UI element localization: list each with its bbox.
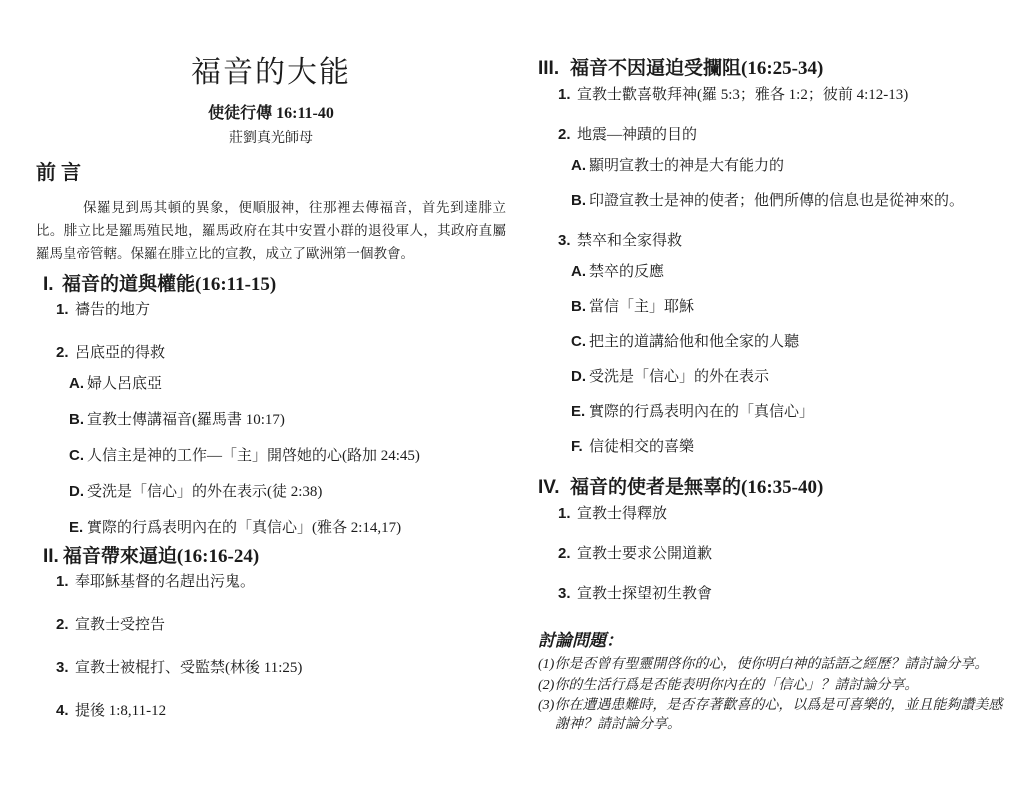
doc-title: 福音的大能 (36, 55, 506, 91)
title-block: 福音的大能 使徒行傳 16:11-40 莊劉真光師母 (36, 55, 506, 147)
discussion-block: 討論問題： (1)你是否曾有聖靈開啓你的心，使你明白神的話語之經歷？請討論分享。… (538, 631, 1014, 734)
section-heading: I.福音的道與權能(16:11-15) (36, 273, 506, 296)
item-text: 把主的道講給他和他全家的人聽 (589, 333, 1014, 351)
item-label: 2. (56, 616, 72, 634)
outline-item: 3.宣教士被棍打、受監禁(林後 11:25) (36, 659, 506, 677)
outline-item: 1.宣教士歡喜敬拜神(羅 5:3；雅各 1:2；彼前 4:12-13) (538, 86, 1014, 104)
section-numeral: II. (43, 545, 59, 568)
item-text: 宣教士被棍打、受監禁(林後 11:25) (75, 659, 506, 677)
section-heading: IV.福音的使者是無辜的(16:35-40) (538, 476, 1014, 499)
item-label: 1. (56, 573, 72, 591)
discussion-question: (3)你在遭遇患難時，是否存著歡喜的心，以爲是可喜樂的，並且能夠讚美感謝神？請討… (538, 697, 1014, 734)
item-label: E. (571, 403, 586, 421)
item-label: C. (69, 447, 84, 465)
section-gospel-unhindered: III.福音不因逼迫受攔阻(16:25-34) 1.宣教士歡喜敬拜神(羅 5:3… (538, 57, 1014, 456)
document-page: 福音的大能 使徒行傳 16:11-40 莊劉真光師母 前 言 保羅見到馬其頓的異… (0, 0, 1024, 791)
outline-subitem: D.受洗是「信心」的外在表示 (538, 368, 1014, 386)
item-label: E. (69, 519, 84, 537)
outline-item: 2.地震—神蹟的目的 (538, 126, 1014, 144)
item-text: 宣教士要求公開道歉 (577, 545, 1014, 563)
discussion-question: (2)你的生活行爲是否能表明你內在的「信心」？請討論分享。 (538, 677, 1014, 696)
item-text: 呂底亞的得救 (75, 344, 506, 362)
item-text: 禱告的地方 (75, 301, 506, 319)
section-title: 福音帶來逼迫(16:16-24) (63, 545, 506, 568)
item-text: 顯明宣教士的神是大有能力的 (589, 157, 1014, 175)
item-label: 2. (558, 545, 574, 563)
section-title: 福音不因逼迫受攔阻(16:25-34) (570, 57, 1014, 80)
item-text: 當信「主」耶穌 (589, 298, 1014, 316)
outline-subitem: E.實際的行爲表明內在的「真信心」 (538, 403, 1014, 421)
discussion-question: (1)你是否曾有聖靈開啓你的心，使你明白神的話語之經歷？請討論分享。 (538, 656, 1014, 675)
item-label: C. (571, 333, 586, 351)
discussion-heading: 討論問題： (538, 631, 1014, 651)
outline-subitem: A.婦人呂底亞 (36, 375, 506, 393)
item-label: F. (571, 438, 586, 456)
section-heading: II.福音帶來逼迫(16:16-24) (36, 545, 506, 568)
item-text: 禁卒的反應 (589, 263, 1014, 281)
item-label: 3. (56, 659, 72, 677)
item-label: 2. (56, 344, 72, 362)
outline-item: 1.禱告的地方 (36, 301, 506, 319)
item-label: B. (69, 411, 84, 429)
item-label: B. (571, 298, 586, 316)
section-numeral: IV. (538, 476, 566, 499)
outline-subitem: A.禁卒的反應 (538, 263, 1014, 281)
outline-subitem: D.受洗是「信心」的外在表示(徒 2:38) (36, 483, 506, 501)
item-text: 印證宣教士是神的使者；他們所傳的信息也是從神來的。 (589, 192, 1014, 210)
outline-item: 4.提後 1:8,11-12 (36, 702, 506, 720)
section-numeral: III. (538, 57, 566, 80)
section-title: 福音的使者是無辜的(16:35-40) (570, 476, 1014, 499)
item-text: 受洗是「信心」的外在表示 (589, 368, 1014, 386)
section-title: 福音的道與權能(16:11-15) (62, 273, 506, 296)
item-text: 受洗是「信心」的外在表示(徒 2:38) (87, 483, 506, 501)
item-label: 1. (558, 505, 574, 523)
item-label: A. (69, 375, 84, 393)
outline-item: 3.禁卒和全家得救 (538, 232, 1014, 250)
outline-subitem: B.宣教士傳講福音(羅馬書 10:17) (36, 411, 506, 429)
item-label: 1. (558, 86, 574, 104)
item-text: 宣教士歡喜敬拜神(羅 5:3；雅各 1:2；彼前 4:12-13) (577, 86, 1014, 104)
outline-item: 2.宣教士受控告 (36, 616, 506, 634)
outline-item: 2.宣教士要求公開道歉 (538, 545, 1014, 563)
outline-subitem: C.人信主是神的工作—「主」開啓她的心(路加 24:45) (36, 447, 506, 465)
item-text: 婦人呂底亞 (87, 375, 506, 393)
section-numeral: I. (43, 273, 58, 296)
item-label: A. (571, 263, 586, 281)
intro-paragraph: 保羅見到馬其頓的異象，便順服神，往那裡去傳福音，首先到達腓立比。腓立比是羅馬殖民… (36, 196, 506, 265)
item-text: 宣教士受控告 (75, 616, 506, 634)
section-gospel-word-power: I.福音的道與權能(16:11-15) 1.禱告的地方 2.呂底亞的得救 A.婦… (36, 273, 506, 537)
item-text: 信徒相交的喜樂 (589, 438, 1014, 456)
item-label: 4. (56, 702, 72, 720)
left-column: 福音的大能 使徒行傳 16:11-40 莊劉真光師母 前 言 保羅見到馬其頓的異… (36, 0, 506, 720)
outline-subitem: F.信徒相交的喜樂 (538, 438, 1014, 456)
outline-subitem: C.把主的道講給他和他全家的人聽 (538, 333, 1014, 351)
item-label: B. (571, 192, 586, 210)
section-heading: III.福音不因逼迫受攔阻(16:25-34) (538, 57, 1014, 80)
outline-item: 1.宣教士得釋放 (538, 505, 1014, 523)
outline-subitem: B.當信「主」耶穌 (538, 298, 1014, 316)
item-label: 1. (56, 301, 72, 319)
item-label: A. (571, 157, 586, 175)
intro-heading: 前 言 (36, 161, 506, 185)
section-gospel-persecution: II.福音帶來逼迫(16:16-24) 1.奉耶穌基督的名趕出污鬼。 2.宣教士… (36, 545, 506, 720)
item-text: 奉耶穌基督的名趕出污鬼。 (75, 573, 506, 591)
item-label: D. (571, 368, 586, 386)
item-text: 實際的行爲表明內在的「真信心」(雅各 2:14,17) (87, 519, 506, 537)
item-text: 實際的行爲表明內在的「真信心」 (589, 403, 1014, 421)
item-label: 3. (558, 585, 574, 603)
outline-item: 3.宣教士探望初生教會 (538, 585, 1014, 603)
item-label: 2. (558, 126, 574, 144)
outline-item: 1.奉耶穌基督的名趕出污鬼。 (36, 573, 506, 591)
item-text: 宣教士傳講福音(羅馬書 10:17) (87, 411, 506, 429)
item-text: 宣教士得釋放 (577, 505, 1014, 523)
section-messengers-innocent: IV.福音的使者是無辜的(16:35-40) 1.宣教士得釋放 2.宣教士要求公… (538, 476, 1014, 603)
doc-subtitle: 使徒行傳 16:11-40 (36, 104, 506, 123)
item-text: 地震—神蹟的目的 (577, 126, 1014, 144)
item-text: 提後 1:8,11-12 (75, 702, 506, 720)
item-text: 人信主是神的工作—「主」開啓她的心(路加 24:45) (87, 447, 506, 465)
outline-item: 2.呂底亞的得救 (36, 344, 506, 362)
outline-subitem: B.印證宣教士是神的使者；他們所傳的信息也是從神來的。 (538, 192, 1014, 210)
item-text: 宣教士探望初生教會 (577, 585, 1014, 603)
doc-author: 莊劉真光師母 (36, 130, 506, 147)
outline-subitem: E.實際的行爲表明內在的「真信心」(雅各 2:14,17) (36, 519, 506, 537)
item-label: 3. (558, 232, 574, 250)
item-label: D. (69, 483, 84, 501)
outline-subitem: A.顯明宣教士的神是大有能力的 (538, 157, 1014, 175)
item-text: 禁卒和全家得救 (577, 232, 1014, 250)
right-column: III.福音不因逼迫受攔阻(16:25-34) 1.宣教士歡喜敬拜神(羅 5:3… (538, 0, 1014, 734)
